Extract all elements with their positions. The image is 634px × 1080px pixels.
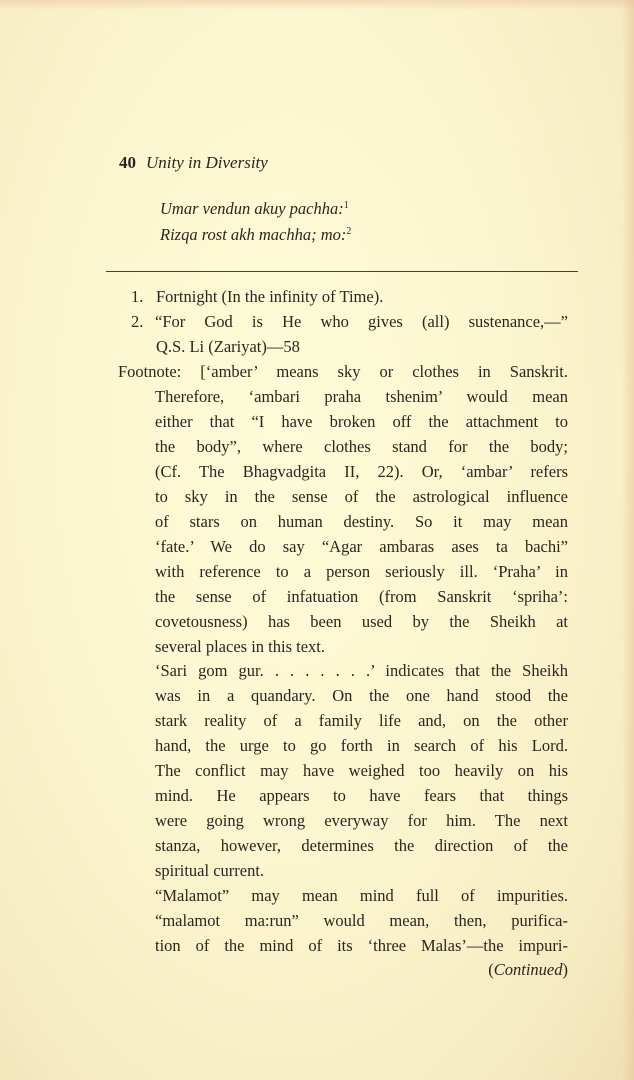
footnote-text-line: the sense of infatuation (from Sanskrit …: [155, 587, 568, 607]
footnote-ref: 1: [344, 200, 349, 211]
footnote-text-line: with reference to a person seriously ill…: [155, 562, 568, 582]
continued-marker: (Continued): [488, 960, 568, 980]
footnote-text-line: The conflict may have weighed too heavil…: [155, 761, 568, 781]
footnote-number: 1.: [131, 287, 143, 307]
footnote-number: 2.: [131, 312, 143, 332]
footnote-text-line: several places in this text.: [155, 637, 568, 657]
verse-text: Rizqa rost akh machha; mo:: [160, 225, 346, 244]
footnote-text-line: covetousness) has been used by the Sheik…: [155, 612, 568, 632]
footnote-text-line: stark reality of a family life and, on t…: [155, 711, 568, 731]
page-edge-top: [0, 0, 634, 10]
footnote-text: Q.S. Li (Zariyat)—58: [156, 337, 300, 357]
running-head: 40Unity in Diversity: [119, 153, 268, 173]
footnote-text-line: of stars on human destiny. So it may mea…: [155, 512, 568, 532]
footnote-text-line: ‘Sari gom gur. . . . . . . .’ indicates …: [155, 661, 568, 681]
footnote-text: Fortnight (In the infinity of Time).: [156, 287, 383, 307]
footnote-note-first-line: Footnote: [‘amber’ means sky or clothes …: [118, 362, 568, 382]
footnote-text-line: “malamot ma:run” would mean, then, purif…: [155, 911, 568, 931]
footnote-divider: [106, 271, 578, 272]
book-title: Unity in Diversity: [146, 153, 268, 172]
footnote-text-line: (Cf. The Bhagvadgita II, 22). Or, ‘ambar…: [155, 462, 568, 482]
footnote-text-line: tion of the mind of its ‘three Malas’—th…: [155, 936, 568, 956]
footnote-ref: 2: [346, 226, 351, 237]
footnote-text-line: were going wrong everyway for him. The n…: [155, 811, 568, 831]
page-number: 40: [119, 153, 136, 172]
footnote-text-line: “Malamot” may mean mind full of impuriti…: [155, 886, 568, 906]
page-edge-right: [622, 0, 634, 1080]
footnote-text-line: was in a quandary. On the one hand stood…: [155, 686, 568, 706]
verse-line: Rizqa rost akh machha; mo:2: [160, 225, 351, 245]
footnote-text-line: mind. He appears to have fears that thin…: [155, 786, 568, 806]
footnote-text-line: hand, the urge to go forth in search of …: [155, 736, 568, 756]
footnote-text-line: stanza, however, determines the directio…: [155, 836, 568, 856]
footnote-text-line: ‘fate.’ We do say “Agar ambaras ases ta …: [155, 537, 568, 557]
verse-line: Umar vendun akuy pachha:1: [160, 199, 349, 219]
footnote-text-line: spiritual current.: [155, 861, 568, 881]
continued-text: Continued: [494, 960, 563, 979]
footnote-text: “For God is He who gives (all) sustenanc…: [155, 312, 568, 332]
footnote-text-line: either that “I have broken off the attac…: [155, 412, 568, 432]
verse-text: Umar vendun akuy pachha:: [160, 199, 344, 218]
footnote-text-line: the body”, where clothes stand for the b…: [155, 437, 568, 457]
footnote-label: Footnote:: [118, 362, 181, 381]
footnote-text-line: to sky in the sense of the astrological …: [155, 487, 568, 507]
footnote-text: [‘amber’ means sky or clothes in Sanskri…: [200, 362, 568, 381]
footnote-text-line: Therefore, ‘ambari praha tshenim’ would …: [155, 387, 568, 407]
